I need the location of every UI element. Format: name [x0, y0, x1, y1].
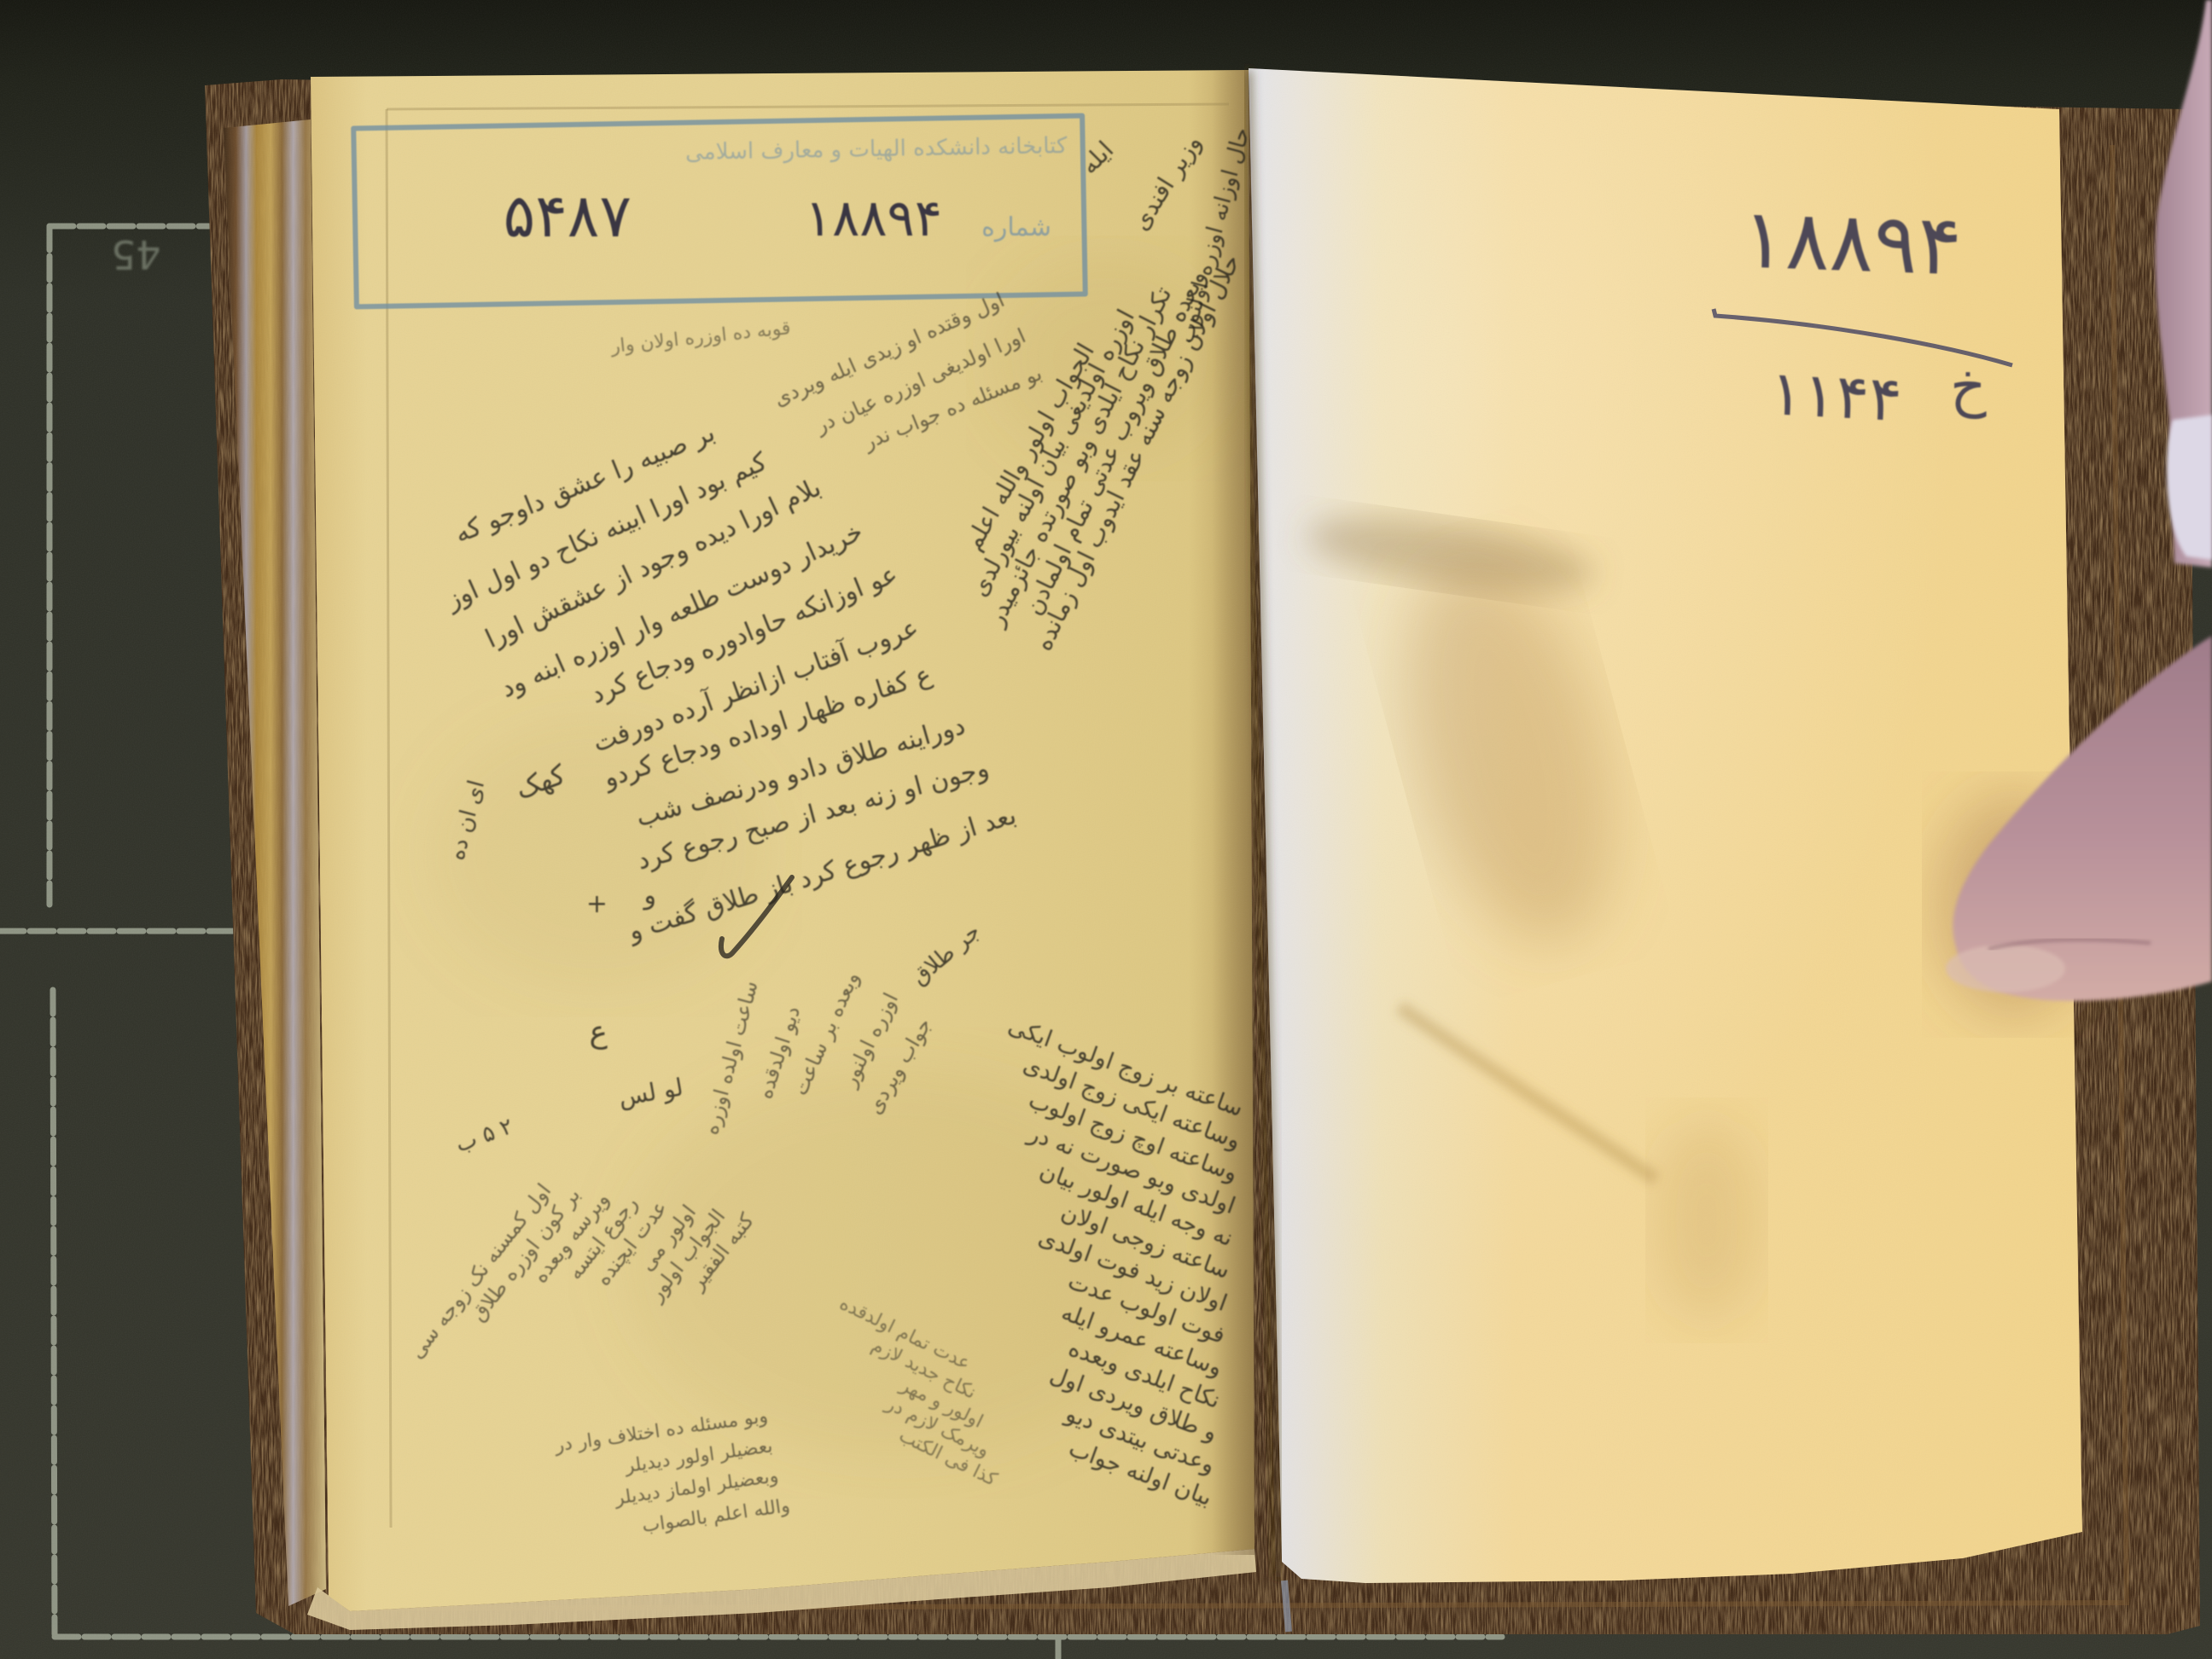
thumb-tip-pad	[1946, 945, 2065, 992]
hand	[0, 0, 2212, 1659]
fingernail	[2167, 415, 2212, 560]
manuscript-photo: 45 کتابخانه دانشکده الهیات و معارف اسلام…	[0, 0, 2212, 1659]
